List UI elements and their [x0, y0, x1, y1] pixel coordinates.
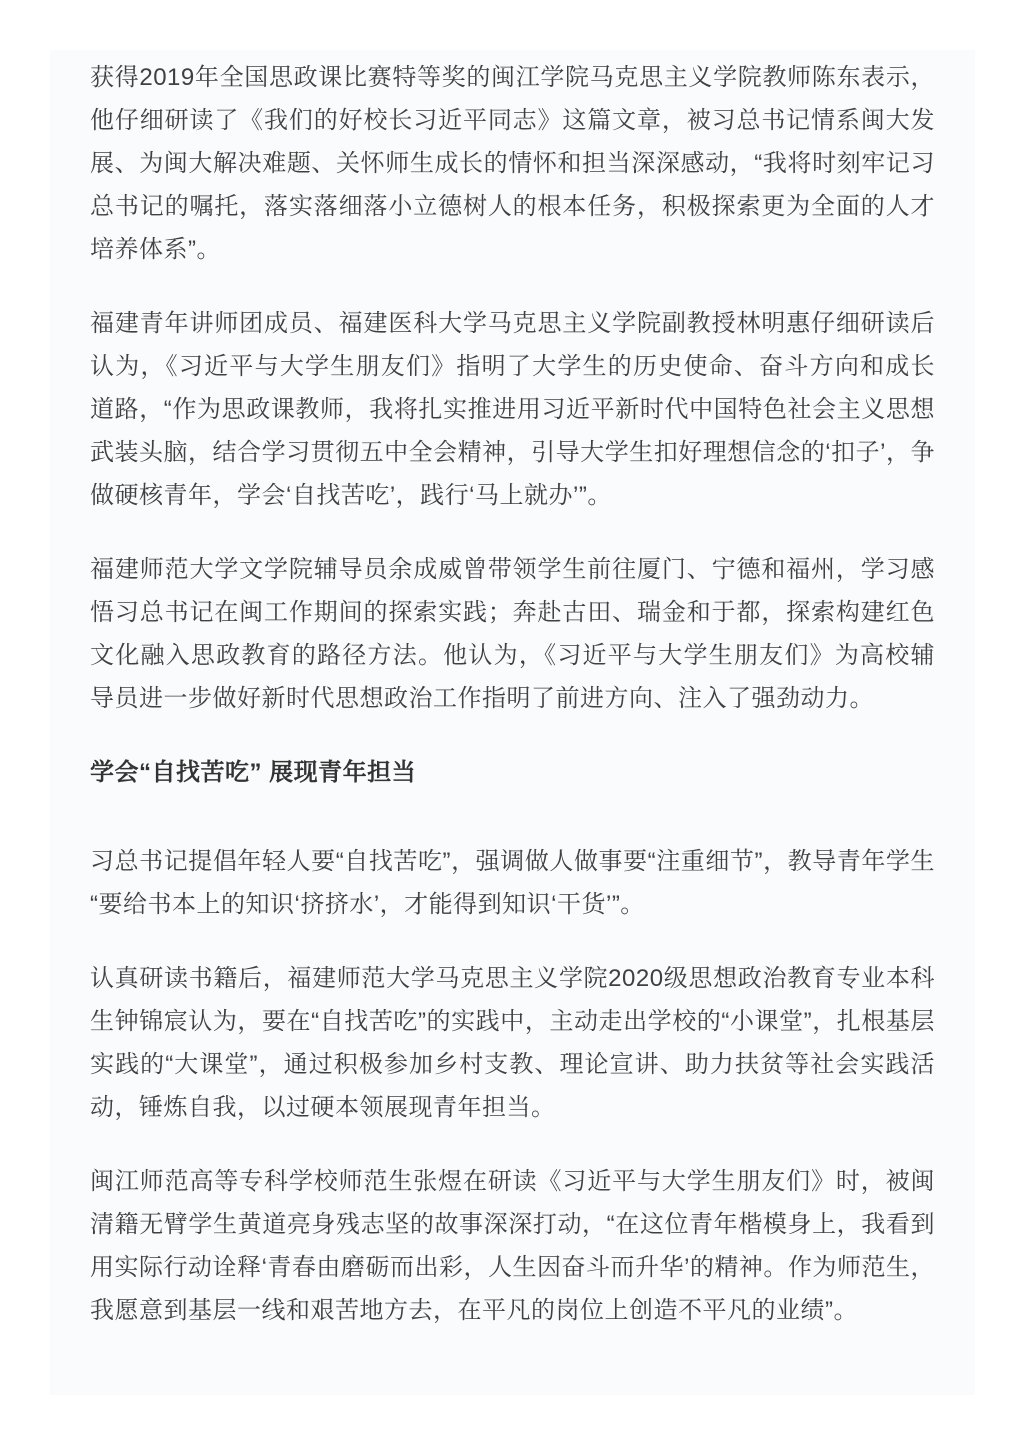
paragraph-chen-dong: 获得2019年全国思政课比赛特等奖的闽江学院马克思主义学院教师陈东表示，他仔细研… — [90, 56, 935, 271]
article-page: 获得2019年全国思政课比赛特等奖的闽江学院马克思主义学院教师陈东表示，他仔细研… — [0, 0, 1024, 1446]
paragraph-lin-minghui: 福建青年讲师团成员、福建医科大学马克思主义学院副教授林明惠仔细研读后认为，《习近… — [90, 302, 935, 517]
paragraph-zhong-jinchen: 认真研读书籍后，福建师范大学马克思主义学院2020级思想政治教育专业本科生钟锦宸… — [90, 957, 935, 1129]
paragraph-yu-chengwei: 福建师范大学文学院辅导员余成威曾带领学生前往厦门、宁德和福州，学习感悟习总书记在… — [90, 548, 935, 720]
article-content-panel: 获得2019年全国思政课比赛特等奖的闽江学院马克思主义学院教师陈东表示，他仔细研… — [50, 50, 975, 1395]
paragraph-xi-teaching: 习总书记提倡年轻人要“自找苦吃”，强调做人做事要“注重细节”，教导青年学生“要给… — [90, 840, 935, 926]
section-heading: 学会“自找苦吃” 展现青年担当 — [90, 751, 935, 794]
paragraph-zhang-yu: 闽江师范高等专科学校师范生张煜在研读《习近平与大学生朋友们》时，被闽清籍无臂学生… — [90, 1160, 935, 1332]
